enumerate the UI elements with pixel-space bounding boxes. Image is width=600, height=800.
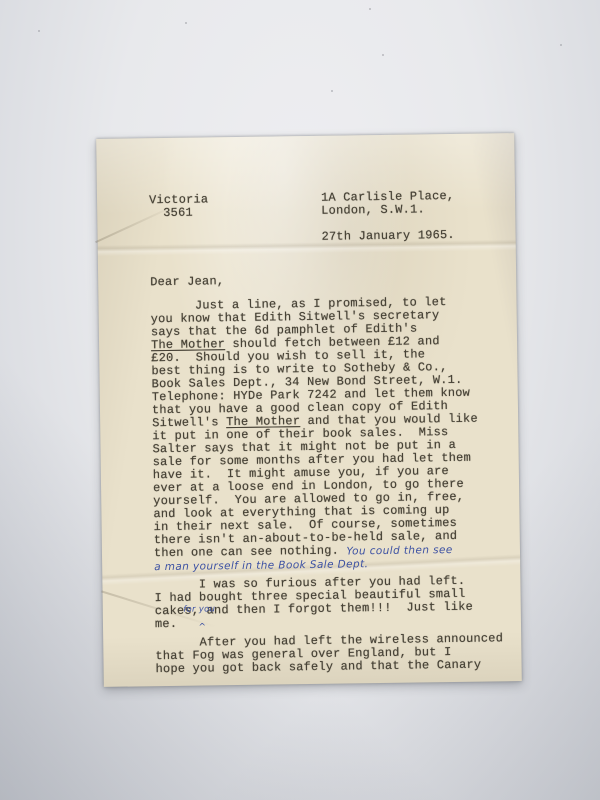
handwritten-insertion-text: for you [183,603,215,616]
salutation: Dear Jean, [150,275,224,289]
phone-block: Victoria 3561 [149,193,209,220]
photo-background: Victoria 3561 1A Carlisle Place, London,… [0,0,600,800]
paragraph: After you had left the wireless announce… [155,632,516,676]
dust-speck [560,44,562,46]
dust-speck [369,8,371,10]
dust-speck [382,54,384,56]
dust-speck [38,30,40,32]
typed-text: me. [155,617,177,631]
paragraph: Just a line, as I promised, to letyou kn… [150,295,514,573]
paragraph: I was so furious after you had left.I ha… [154,574,515,631]
letter-body: Just a line, as I promised, to letyou kn… [150,295,515,676]
phone-number: 3561 [149,206,208,220]
letter-page: Victoria 3561 1A Carlisle Place, London,… [96,133,522,687]
address-line: London, S.W.1. [321,203,454,218]
caret-mark: ^ [198,621,206,634]
dust-speck [185,22,187,24]
letter-line: hope you got back safely and that the Ca… [156,658,516,676]
handwritten-annotation: You could then see [346,544,452,557]
address-block: 1A Carlisle Place, London, S.W.1. 27th J… [321,190,455,244]
dust-speck [331,90,333,92]
letter-date: 27th January 1965. [321,229,454,244]
handwritten-annotation: a man yourself in the Book Sale Dept. [154,558,368,573]
